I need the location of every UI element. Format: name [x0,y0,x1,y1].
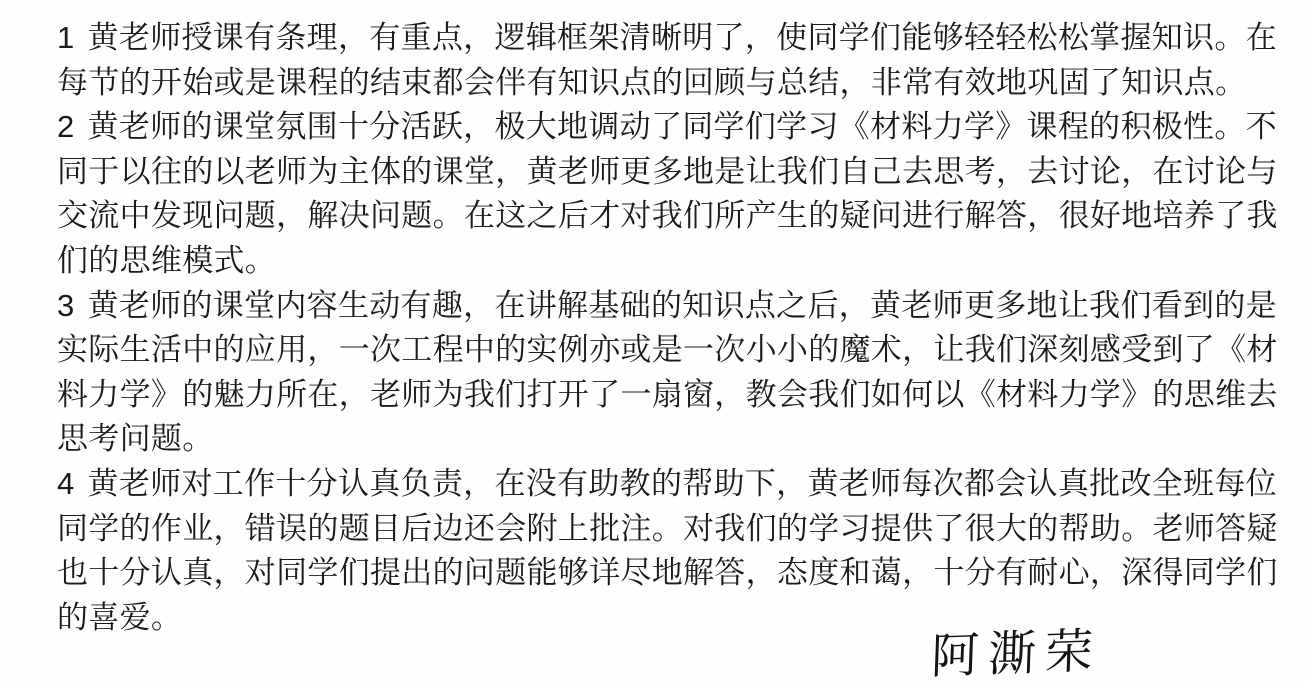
paragraph-4-text: 黄老师对工作十分认真负责，在没有助教的帮助下，黄老师每次都会认真批改全班每位同学… [57,466,1278,635]
paragraph-1-number: 1 [57,16,75,61]
handwritten-signature: 阿澌荣 [930,612,1103,684]
paragraph-2-number: 2 [57,105,75,150]
paragraph-2: 2黄老师的课堂氛围十分活跃，极大地调动了同学们学习《材料力学》课程的积极性。不同… [57,105,1282,283]
review-text-block: 1黄老师授课有条理，有重点，逻辑框架清晰明了，使同学们能够轻轻松松掌握知识。在每… [57,16,1282,640]
paragraph-3-text: 黄老师的课堂内容生动有趣，在讲解基础的知识点之后，黄老师更多地让我们看到的是实际… [57,288,1278,457]
paragraph-2-text: 黄老师的课堂氛围十分活跃，极大地调动了同学们学习《材料力学》课程的积极性。不同于… [57,109,1278,278]
paragraph-3-number: 3 [57,284,75,329]
paragraph-4-number: 4 [57,462,75,507]
paragraph-1-text: 黄老师授课有条理，有重点，逻辑框架清晰明了，使同学们能够轻轻松松掌握知识。在每节… [57,20,1277,100]
paragraph-1: 1黄老师授课有条理，有重点，逻辑框架清晰明了，使同学们能够轻轻松松掌握知识。在每… [57,16,1282,105]
document-page: 1黄老师授课有条理，有重点，逻辑框架清晰明了，使同学们能够轻轻松松掌握知识。在每… [0,0,1306,684]
paragraph-3: 3黄老师的课堂内容生动有趣，在讲解基础的知识点之后，黄老师更多地让我们看到的是实… [57,284,1282,462]
